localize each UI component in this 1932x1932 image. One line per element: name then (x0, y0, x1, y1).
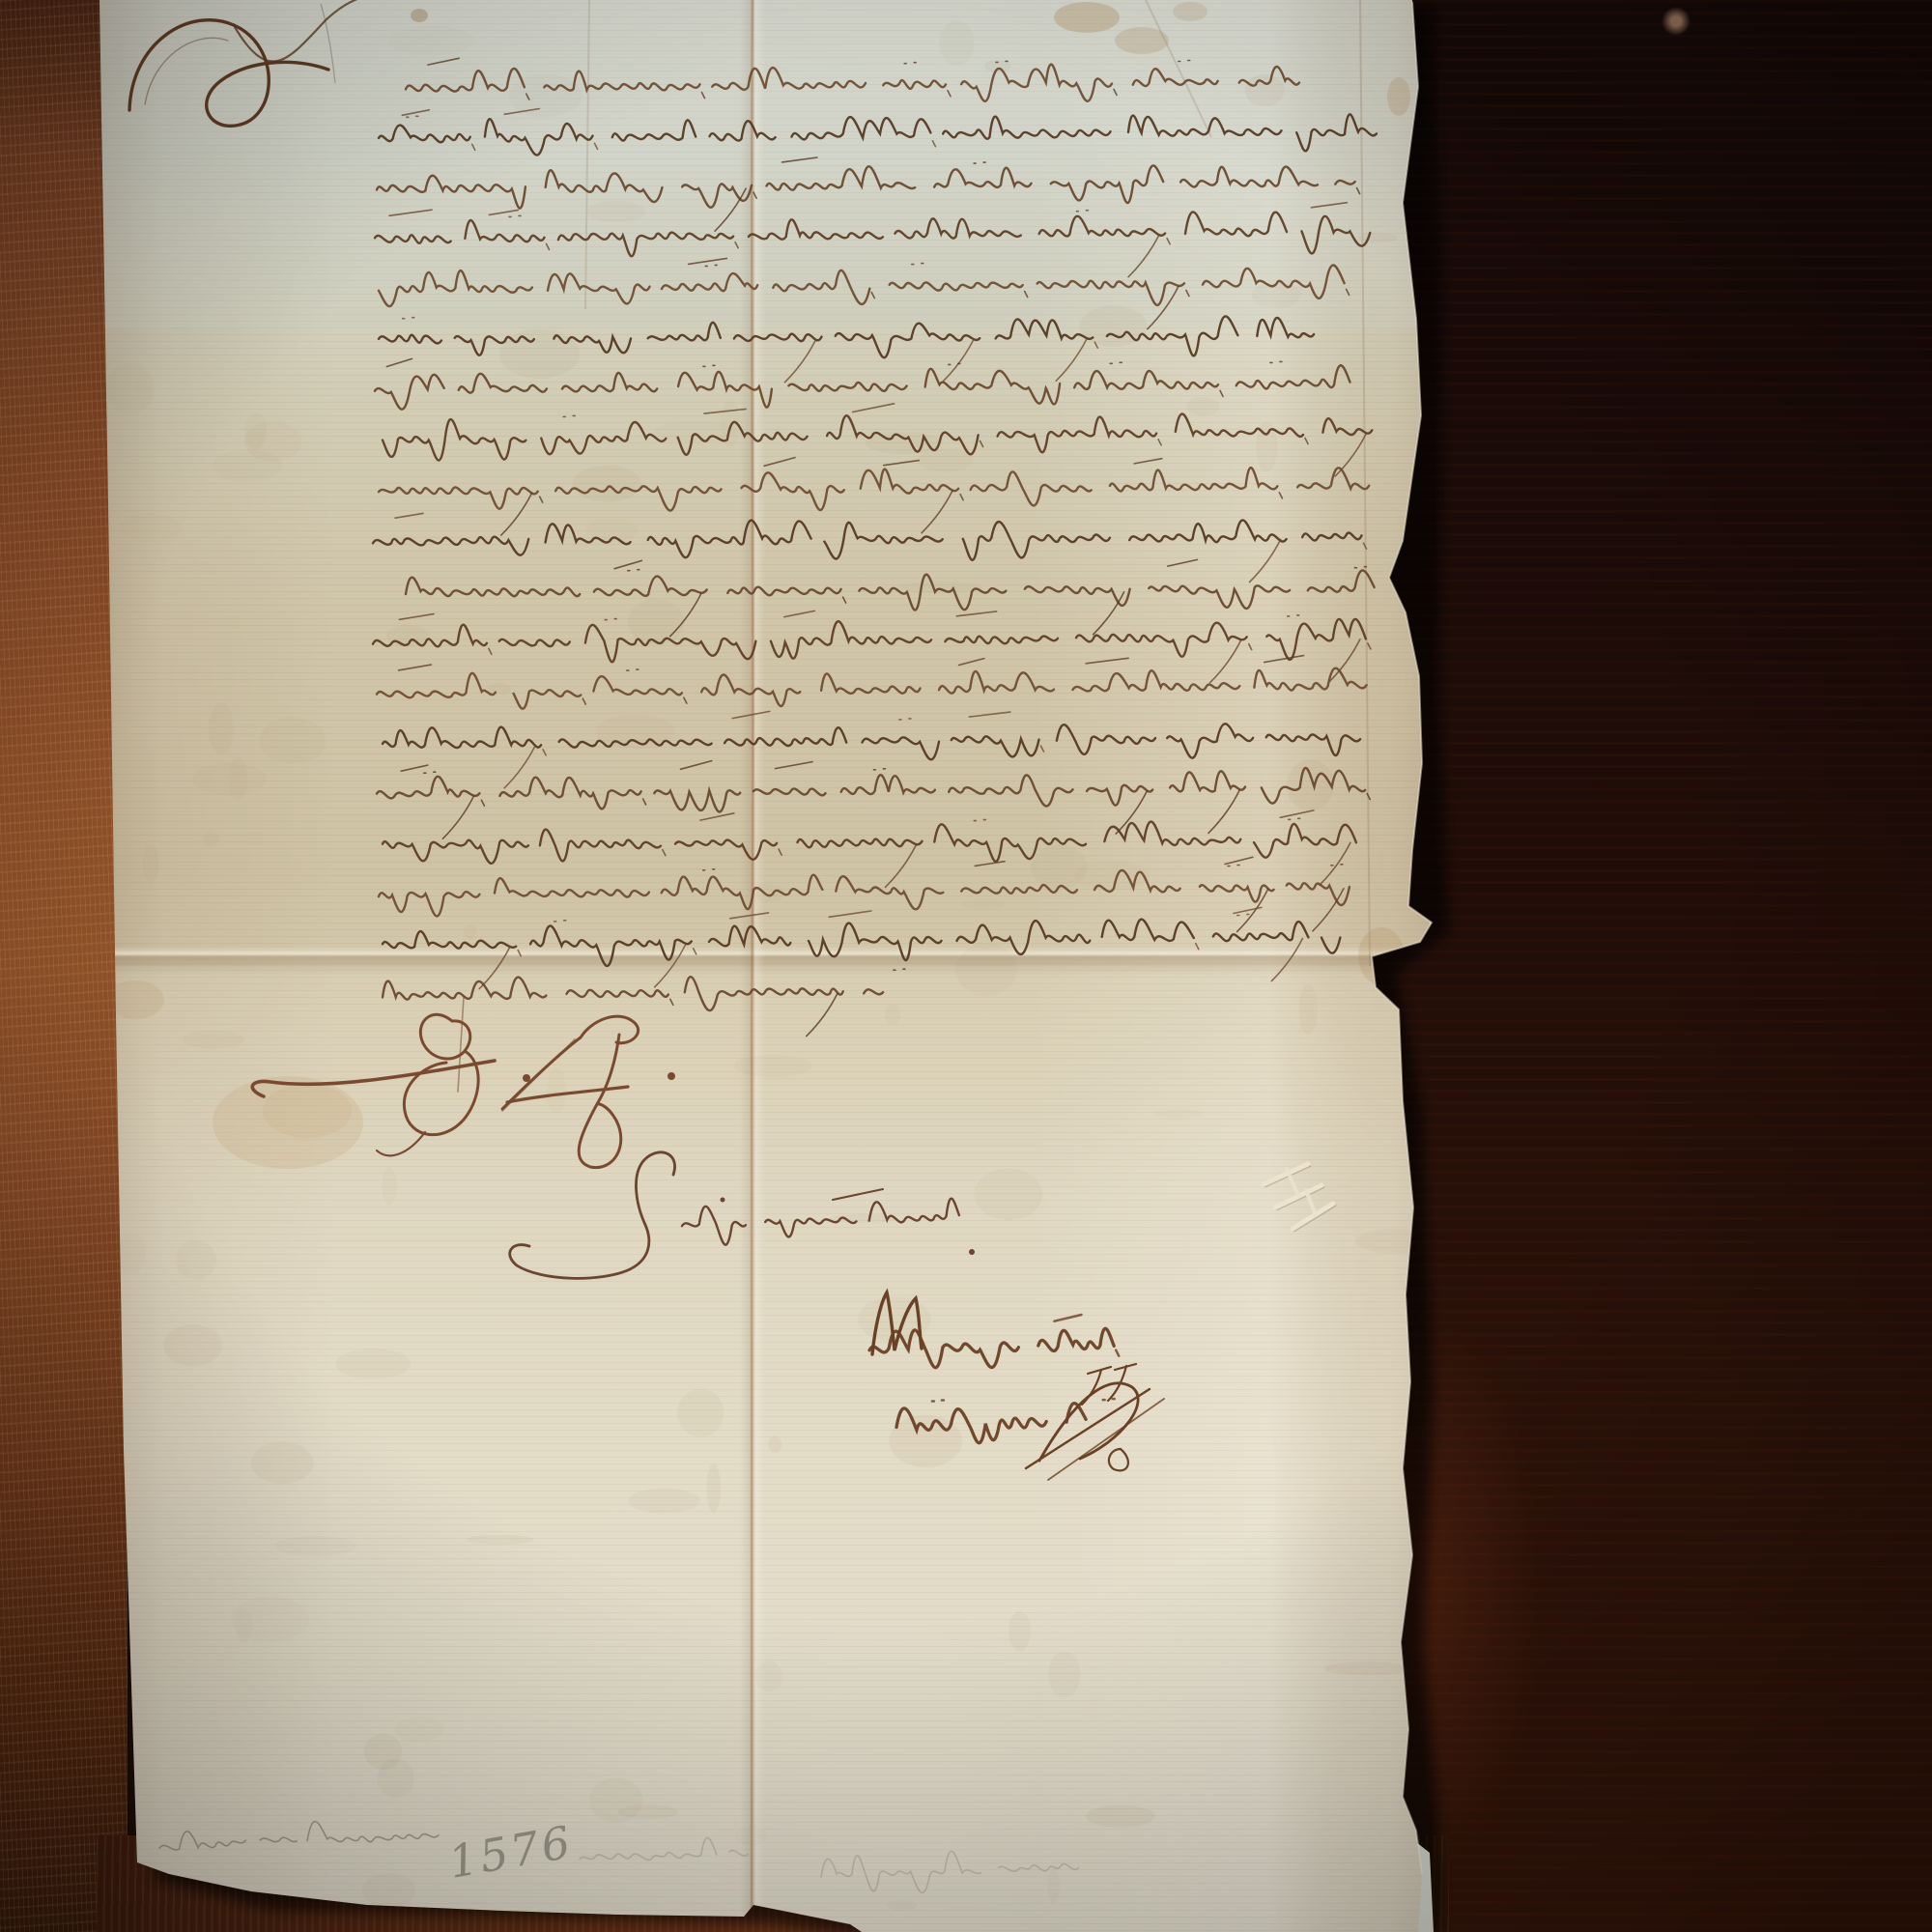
photo-of-manuscript: 1576 (0, 0, 1932, 1932)
fold-crease-vertical-line (751, 0, 753, 1932)
manuscript-scene: 1576 (0, 0, 1932, 1932)
